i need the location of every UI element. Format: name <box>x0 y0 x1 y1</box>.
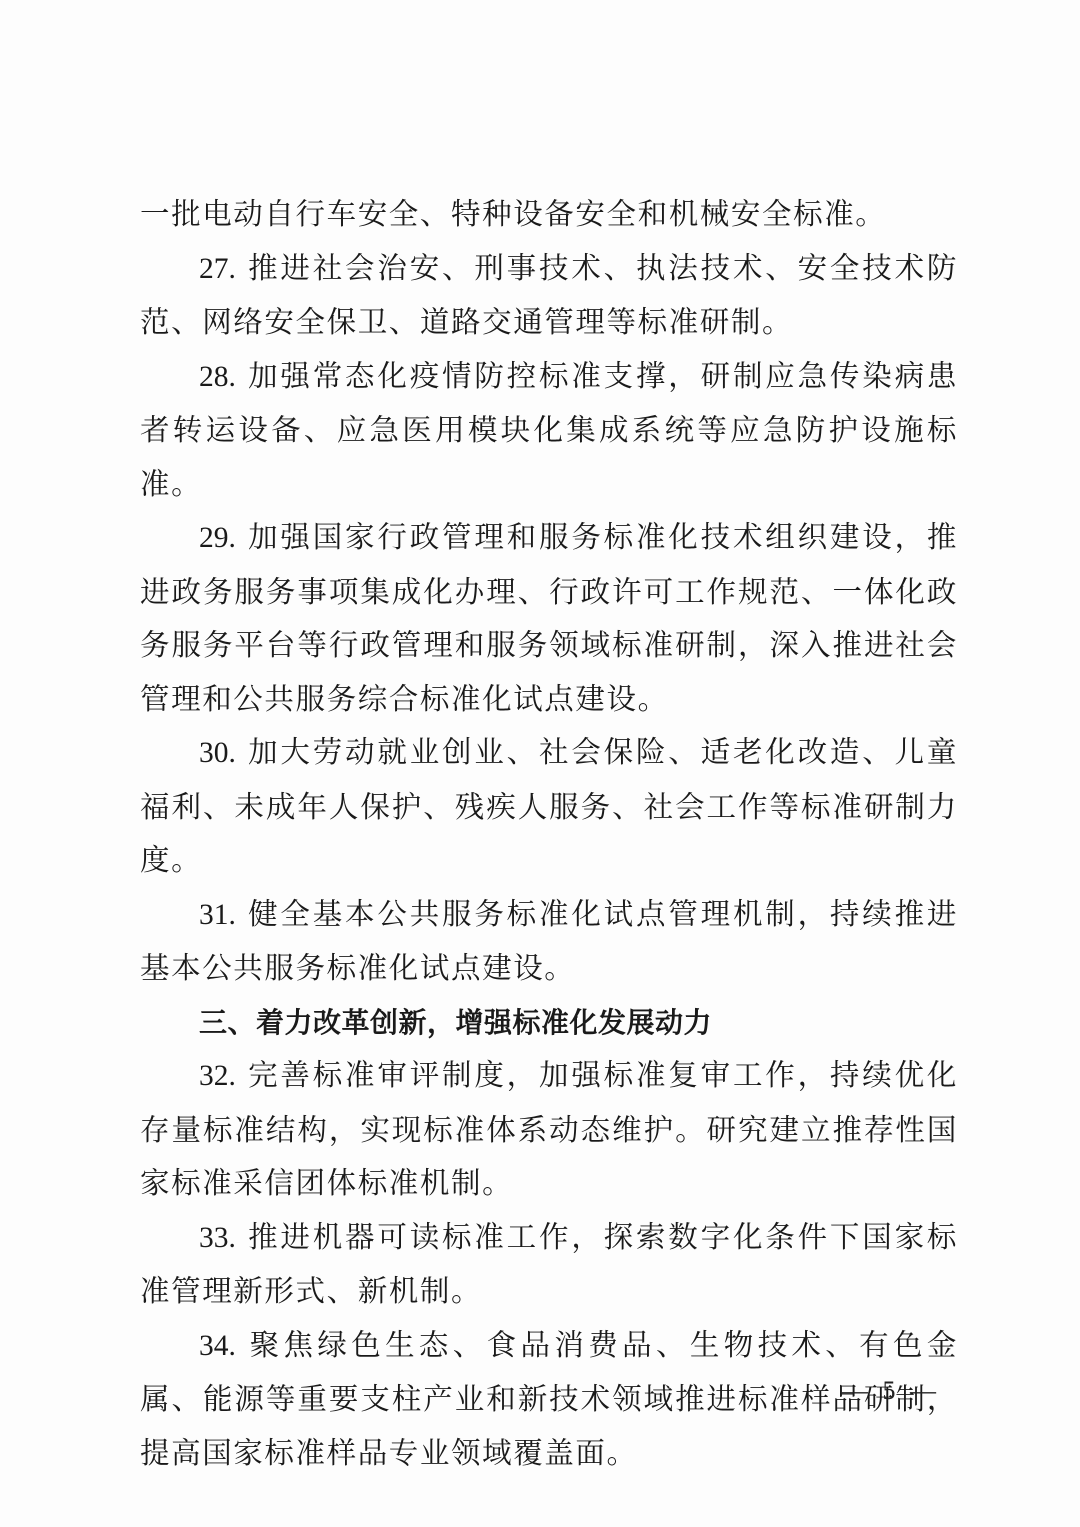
item-text: 加强国家行政管理和服务标准化技术组织建设，推进政务服务事项集成化办理、行政许可工… <box>140 520 958 716</box>
item-34: 34. 聚焦绿色生态、食品消费品、生物技术、有色金属、能源等重要支柱产业和新技术… <box>140 1319 958 1481</box>
item-number: 30. <box>199 737 236 769</box>
item-number: 34. <box>199 1330 236 1362</box>
section-heading: 三、着力改革创新，增强标准化发展动力 <box>140 996 958 1050</box>
item-text: 推进机器可读标准工作，探索数字化条件下国家标准管理新形式、新机制。 <box>140 1220 958 1309</box>
document-page: 一批电动自行车安全、特种设备安全和机械安全标准。 27. 推进社会治安、刑事技术… <box>0 0 1080 1527</box>
item-number: 28. <box>199 361 236 393</box>
item-31: 31. 健全基本公共服务标准化试点管理机制，持续推进基本公共服务标准化试点建设。 <box>140 888 958 996</box>
continuation-paragraph: 一批电动自行车安全、特种设备安全和机械安全标准。 <box>140 188 958 242</box>
item-27: 27. 推进社会治安、刑事技术、执法技术、安全技术防范、网络安全保卫、道路交通管… <box>140 242 958 350</box>
item-text: 加强常态化疫情防控标准支撑，研制应急传染病患者转运设备、应急医用模块化集成系统等… <box>140 359 958 501</box>
item-28: 28. 加强常态化疫情防控标准支撑，研制应急传染病患者转运设备、应急医用模块化集… <box>140 350 958 512</box>
item-text: 健全基本公共服务标准化试点管理机制，持续推进基本公共服务标准化试点建设。 <box>140 897 958 986</box>
item-30: 30. 加大劳动就业创业、社会保险、适老化改造、儿童福利、未成年人保护、残疾人服… <box>140 726 958 888</box>
paragraph-text: 一批电动自行车安全、特种设备安全和机械安全标准。 <box>140 197 886 231</box>
item-text: 推进社会治安、刑事技术、执法技术、安全技术防范、网络安全保卫、道路交通管理等标准… <box>140 251 958 340</box>
item-text: 聚焦绿色生态、食品消费品、生物技术、有色金属、能源等重要支柱产业和新技术领域推进… <box>140 1328 958 1470</box>
item-number: 31. <box>199 899 236 931</box>
item-text: 完善标准审评制度，加强标准复审工作，持续优化存量标准结构，实现标准体系动态维护。… <box>140 1058 958 1200</box>
item-number: 29. <box>199 522 236 554</box>
item-number: 27. <box>199 253 236 285</box>
item-number: 33. <box>199 1222 236 1254</box>
item-32: 32. 完善标准审评制度，加强标准复审工作，持续优化存量标准结构，实现标准体系动… <box>140 1049 958 1211</box>
item-29: 29. 加强国家行政管理和服务标准化技术组织建设，推进政务服务事项集成化办理、行… <box>140 511 958 726</box>
item-33: 33. 推进机器可读标准工作，探索数字化条件下国家标准管理新形式、新机制。 <box>140 1211 958 1319</box>
document-body: 一批电动自行车安全、特种设备安全和机械安全标准。 27. 推进社会治安、刑事技术… <box>140 188 958 1480</box>
item-text: 加大劳动就业创业、社会保险、适老化改造、儿童福利、未成年人保护、残疾人服务、社会… <box>140 735 958 877</box>
page-number: — 5 — <box>842 1376 940 1406</box>
item-number: 32. <box>199 1060 236 1092</box>
